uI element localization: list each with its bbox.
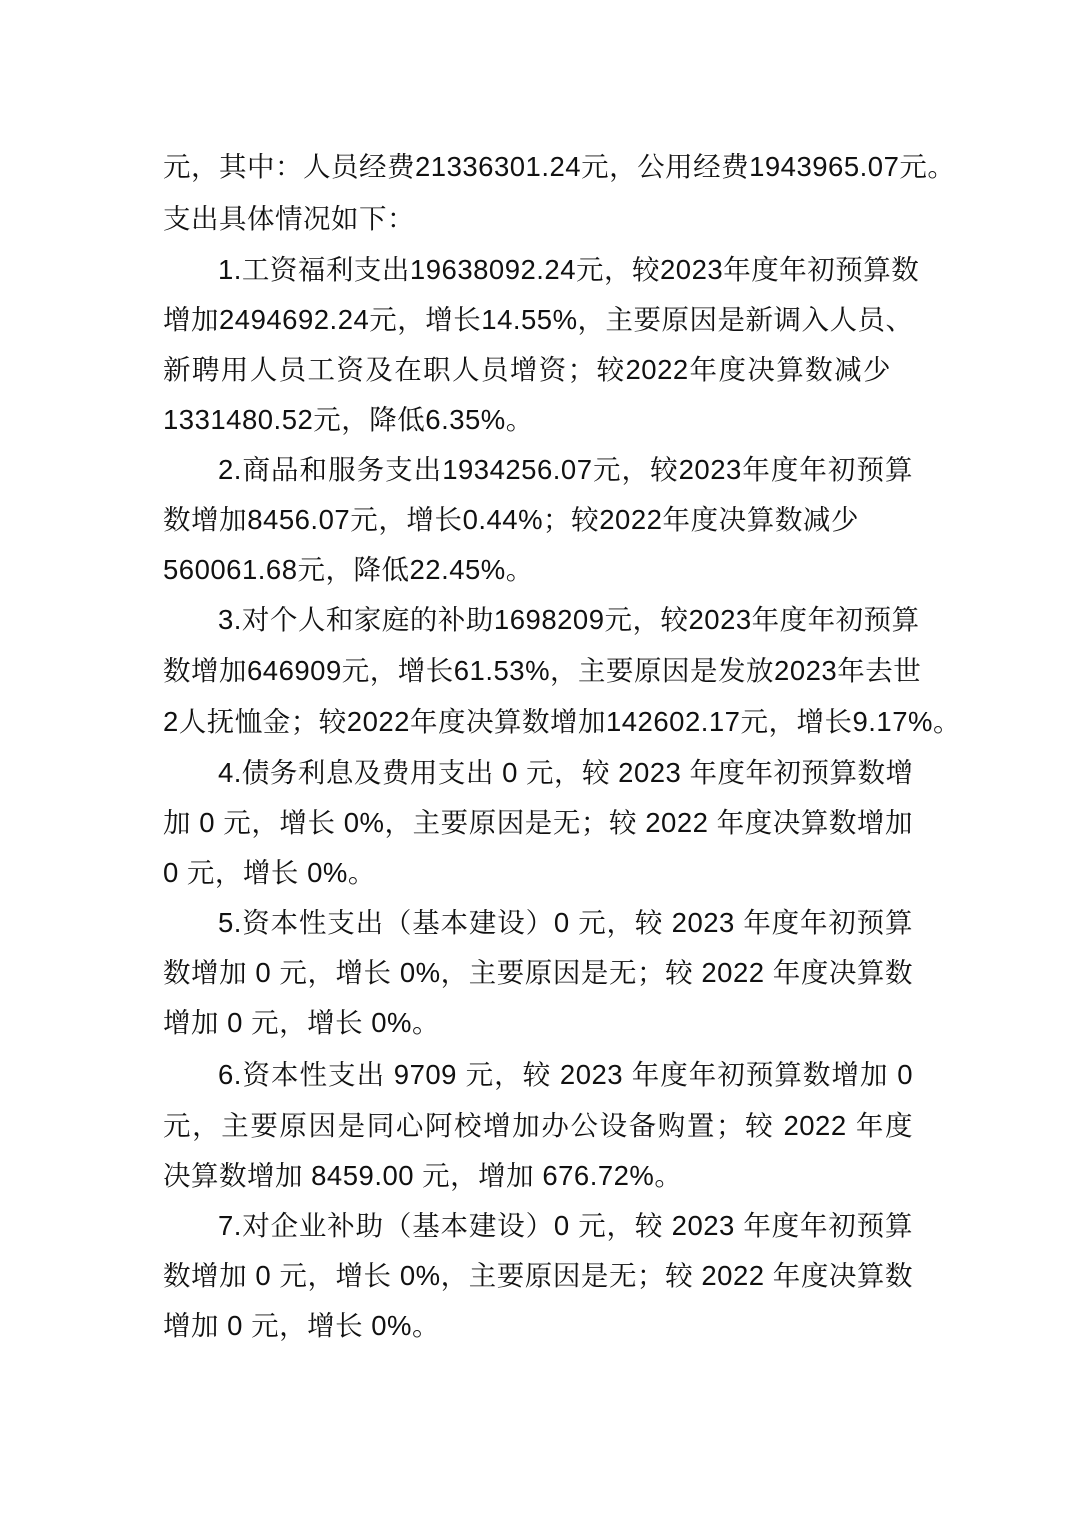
item-3-line-1: 3.对个人和家庭的补助1698209元，较2023年度年初预算 xyxy=(218,600,913,640)
item-1-line-4: 1331480.52元，降低6.35%。 xyxy=(163,400,913,440)
item-5-line-1: 5.资本性支出（基本建设）0 元，较 2023 年度年初预算 xyxy=(218,903,913,943)
item-6-line-3: 决算数增加 8459.00 元，增加 676.72%。 xyxy=(163,1156,913,1196)
item-6-line-1: 6.资本性支出 9709 元，较 2023 年度年初预算数增加 0 xyxy=(218,1055,913,1095)
item-1-line-3: 新聘用人员工资及在职人员增资；较2022年度决算数减少 xyxy=(163,350,891,390)
item-7-line-2: 数增加 0 元，增长 0%，主要原因是无；较 2022 年度决算数 xyxy=(163,1256,913,1296)
intro-line-2: 支出具体情况如下： xyxy=(163,199,913,239)
item-3-line-3: 2人抚恤金；较2022年度决算数增加142602.17元，增长9.17%。 xyxy=(163,702,913,742)
item-2-line-1: 2.商品和服务支出1934256.07元，较2023年度年初预算 xyxy=(218,450,913,490)
item-1-line-1: 1.工资福利支出19638092.24元，较2023年度年初预算数 xyxy=(218,250,913,290)
item-3-line-2: 数增加646909元，增长61.53%，主要原因是发放2023年去世 xyxy=(163,651,913,691)
document-page: 元，其中：人员经费21336301.24元，公用经费1943965.07元。 支… xyxy=(0,0,1074,1520)
item-4-line-2: 加 0 元，增长 0%，主要原因是无；较 2022 年度决算数增加 xyxy=(163,803,913,843)
item-2-line-2: 数增加8456.07元，增长0.44%；较2022年度决算数减少 xyxy=(163,500,859,540)
item-7-line-1: 7.对企业补助（基本建设）0 元，较 2023 年度年初预算 xyxy=(218,1206,913,1246)
item-5-line-3: 增加 0 元，增长 0%。 xyxy=(163,1003,913,1043)
intro-line-1: 元，其中：人员经费21336301.24元，公用经费1943965.07元。 xyxy=(163,147,913,187)
item-7-line-3: 增加 0 元，增长 0%。 xyxy=(163,1306,913,1346)
item-4-line-3: 0 元，增长 0%。 xyxy=(163,853,913,893)
item-6-line-2: 元，主要原因是同心阿校增加办公设备购置；较 2022 年度 xyxy=(163,1106,913,1146)
item-4-line-1: 4.债务利息及费用支出 0 元，较 2023 年度年初预算数增 xyxy=(218,753,913,793)
item-5-line-2: 数增加 0 元，增长 0%，主要原因是无；较 2022 年度决算数 xyxy=(163,953,913,993)
item-2-line-3: 560061.68元，降低22.45%。 xyxy=(163,550,913,590)
item-1-line-2: 增加2494692.24元，增长14.55%，主要原因是新调入人员、 xyxy=(163,300,913,340)
